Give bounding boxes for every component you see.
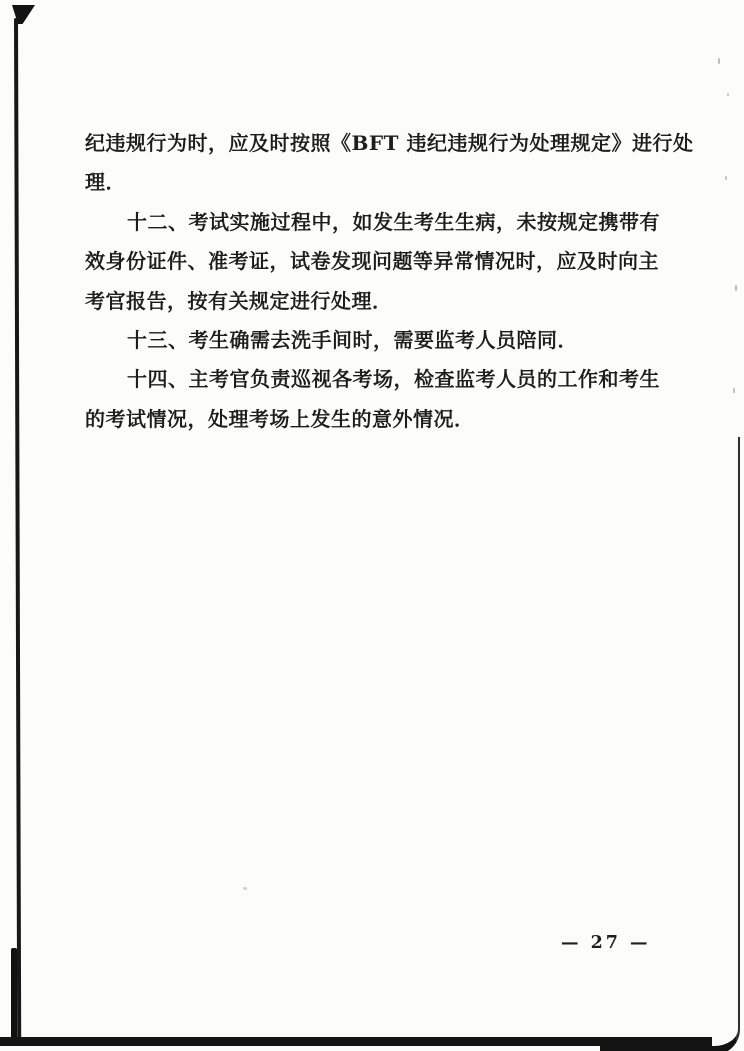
scan-speck [725,176,727,180]
text-line-6: 十三、考生确需去洗手间时，需要监考人员陪同． [85,321,675,360]
text-line-1: 纪违规行为时，应及时按照《BFT 违纪违规行为处理规定》进行处 [85,124,675,163]
scan-left-edge-line [14,18,21,1040]
scan-speck [718,58,720,64]
document-page: 纪违规行为时，应及时按照《BFT 违纪违规行为处理规定》进行处 理． 十二、考试… [0,0,744,1051]
text-line-7: 十四、主考官负责巡视各考场，检查监考人员的工作和考生 [85,360,675,399]
text-line-2: 理． [85,163,675,202]
scan-speck [727,93,729,96]
text-line-4: 效身份证件、准考证，试卷发现问题等异常情况时，应及时向主 [85,242,675,281]
body-text: 纪违规行为时，应及时按照《BFT 违纪违规行为处理规定》进行处 理． 十二、考试… [85,124,675,439]
scan-left-edge-thick-segment [11,948,17,1040]
text-line-5: 考官报告，按有关规定进行处理． [85,282,675,321]
text-line-8: 的考试情况，处理考场上发生的意外情况． [85,400,675,439]
scan-speck [243,887,247,890]
scan-speck [733,388,735,393]
scan-speck [735,285,737,291]
text-line-3: 十二、考试实施过程中，如发生考生生病，未按规定携带有 [85,203,675,242]
page-number: — 27 — [561,933,651,953]
scan-right-edge-line [600,437,740,1051]
